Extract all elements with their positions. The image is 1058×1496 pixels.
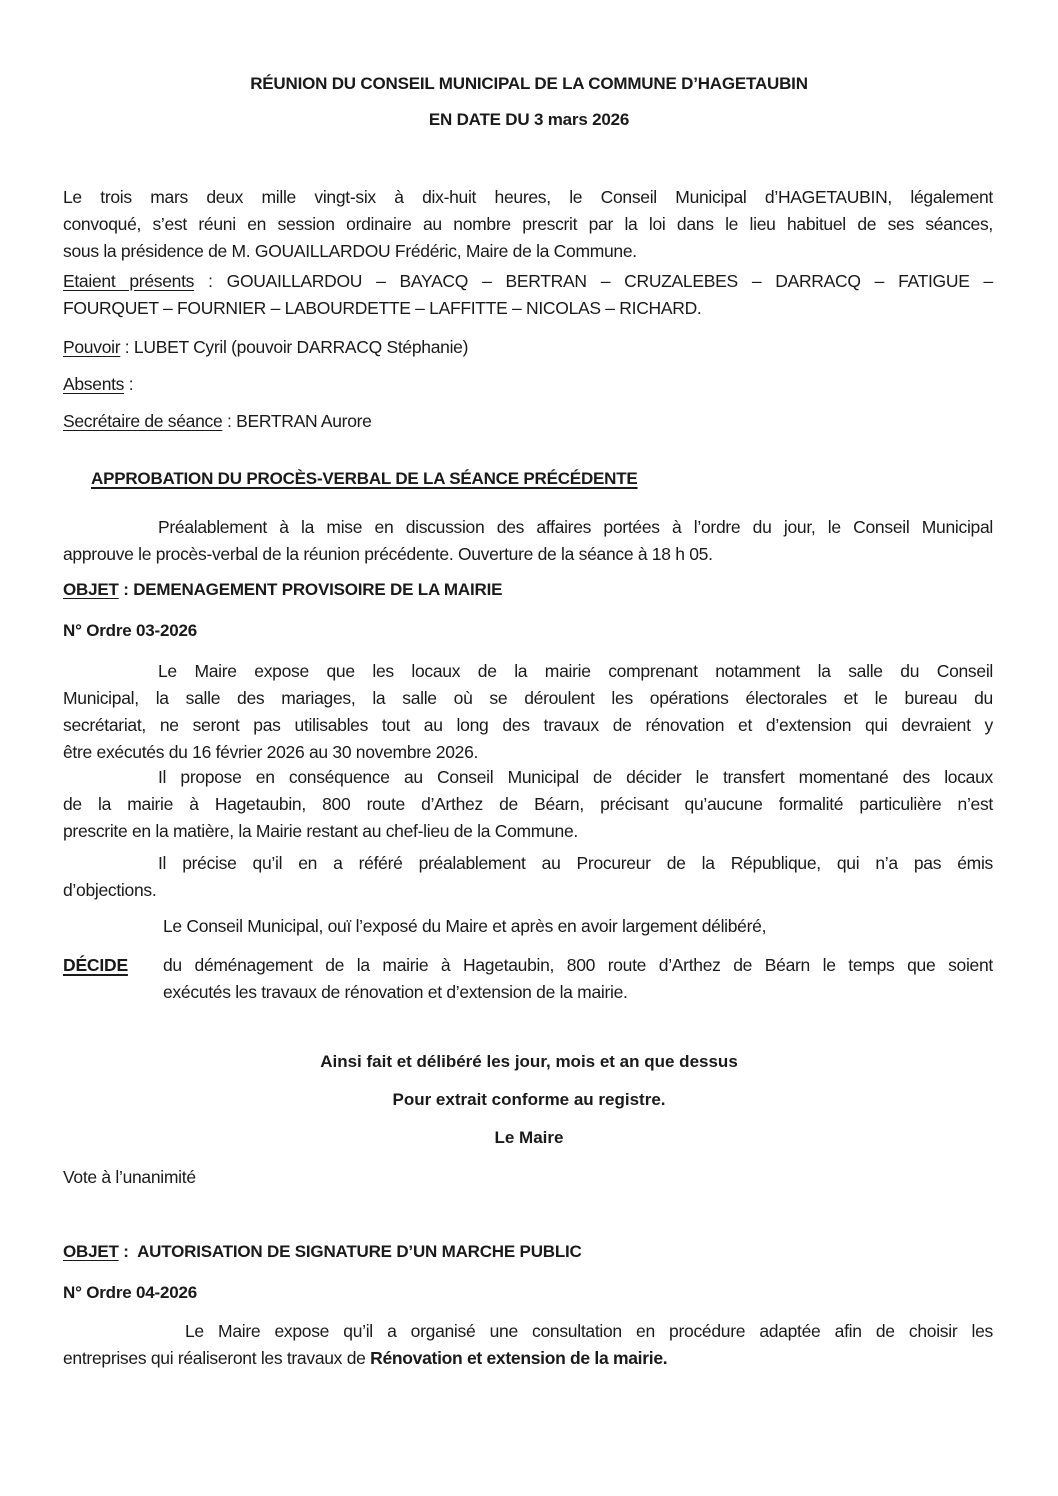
item2-heading: OBJET : AUTORISATION DE SIGNATURE D’UN M… <box>63 1242 582 1262</box>
intro-line: sous la présidence de M. GOUAILLARDOU Fr… <box>63 238 993 265</box>
item2-p1-line: Le Maire expose qu’il a organisé une con… <box>63 1318 993 1345</box>
present-label: Etaient présents <box>63 271 194 291</box>
item1-p3-line: d’objections. <box>63 877 993 904</box>
item2-p1-text: entreprises qui réaliseront les travaux … <box>63 1348 370 1368</box>
item1-objet-label: OBJET <box>63 580 119 599</box>
item1-p2-line: prescrite en la matière, la Mairie resta… <box>63 818 993 845</box>
item1-paragraph-4: Le Conseil Municipal, ouï l’exposé du Ma… <box>163 913 766 940</box>
item1-heading: OBJET : DEMENAGEMENT PROVISOIRE DE LA MA… <box>63 580 502 600</box>
intro-paragraph: Le trois mars deux mille vingt-six à dix… <box>63 184 993 265</box>
item1-p3-line: Il précise qu’il en a référé préalableme… <box>63 850 993 877</box>
approval-heading: APPROBATION DU PROCÈS-VERBAL DE LA SÉANC… <box>91 469 638 489</box>
vote-result: Vote à l’unanimité <box>63 1164 196 1191</box>
item1-p2-line: de la mairie à Hagetaubin, 800 route d’A… <box>63 791 993 818</box>
item2-order-number: N° Ordre 04-2026 <box>63 1283 197 1303</box>
document-page: RÉUNION DU CONSEIL MUNICIPAL DE LA COMMU… <box>0 0 1058 1496</box>
secretary-value: : BERTRAN Aurore <box>222 411 371 431</box>
closing-line-2: Pour extrait conforme au registre. <box>0 1090 1058 1110</box>
decide-label: DÉCIDE <box>63 955 128 976</box>
proxy-label: Pouvoir <box>63 337 120 357</box>
item1-paragraph-3: Il précise qu’il en a référé préalableme… <box>63 850 993 904</box>
intro-line: Le trois mars deux mille vingt-six à dix… <box>63 184 993 211</box>
document-title: RÉUNION DU CONSEIL MUNICIPAL DE LA COMMU… <box>0 74 1058 94</box>
approval-line: approuve le procès-verbal de la réunion … <box>63 541 993 568</box>
item2-p1-bold: Rénovation et extension de la mairie. <box>370 1348 667 1368</box>
closing-signature: Le Maire <box>0 1128 1058 1148</box>
item1-p1-line: être exécutés du 16 février 2026 au 30 n… <box>63 739 993 766</box>
item1-p1-line: Municipal, la salle des mariages, la sal… <box>63 685 993 712</box>
closing-line-1: Ainsi fait et délibéré les jour, mois et… <box>0 1052 1058 1072</box>
intro-line: convoqué, s’est réuni en session ordinai… <box>63 211 993 238</box>
attendance-absent: Absents : <box>63 371 133 398</box>
secretary-label: Secrétaire de séance <box>63 411 222 431</box>
item1-p2-line: Il propose en conséquence au Conseil Mun… <box>63 764 993 791</box>
item1-p1-line: Le Maire expose que les locaux de la mai… <box>63 658 993 685</box>
decide-line: exécutés les travaux de rénovation et d’… <box>163 979 993 1006</box>
item2-objet-label: OBJET <box>63 1242 119 1261</box>
attendance-present: Etaient présents : GOUAILLARDOU – BAYACQ… <box>63 268 993 322</box>
attendance-secretary: Secrétaire de séance : BERTRAN Aurore <box>63 408 372 435</box>
approval-line: Préalablement à la mise en discussion de… <box>63 514 993 541</box>
item1-p1-line: secrétariat, ne seront pas utilisables t… <box>63 712 993 739</box>
item2-paragraph-1: Le Maire expose qu’il a organisé une con… <box>63 1318 993 1372</box>
document-date: EN DATE DU 3 mars 2026 <box>0 110 1058 130</box>
item2-objet-title: : AUTORISATION DE SIGNATURE D’UN MARCHE … <box>119 1242 582 1261</box>
proxy-value: : LUBET Cyril (pouvoir DARRACQ Stéphanie… <box>120 337 468 357</box>
decide-text: du déménagement de la mairie à Hagetaubi… <box>163 952 993 1006</box>
item1-paragraph-1: Le Maire expose que les locaux de la mai… <box>63 658 993 766</box>
attendance-proxy: Pouvoir : LUBET Cyril (pouvoir DARRACQ S… <box>63 334 468 361</box>
present-list-1: : GOUAILLARDOU – BAYACQ – BERTRAN – CRUZ… <box>194 271 993 291</box>
item1-order-number: N° Ordre 03-2026 <box>63 621 197 641</box>
absent-value: : <box>124 374 133 394</box>
item1-paragraph-2: Il propose en conséquence au Conseil Mun… <box>63 764 993 845</box>
decide-line: du déménagement de la mairie à Hagetaubi… <box>163 952 993 979</box>
approval-paragraph: Préalablement à la mise en discussion de… <box>63 514 993 568</box>
item1-objet-title: : DEMENAGEMENT PROVISOIRE DE LA MAIRIE <box>119 580 503 599</box>
present-list-2: FOURQUET – FOURNIER – LABOURDETTE – LAFF… <box>63 295 993 322</box>
absent-label: Absents <box>63 374 124 394</box>
